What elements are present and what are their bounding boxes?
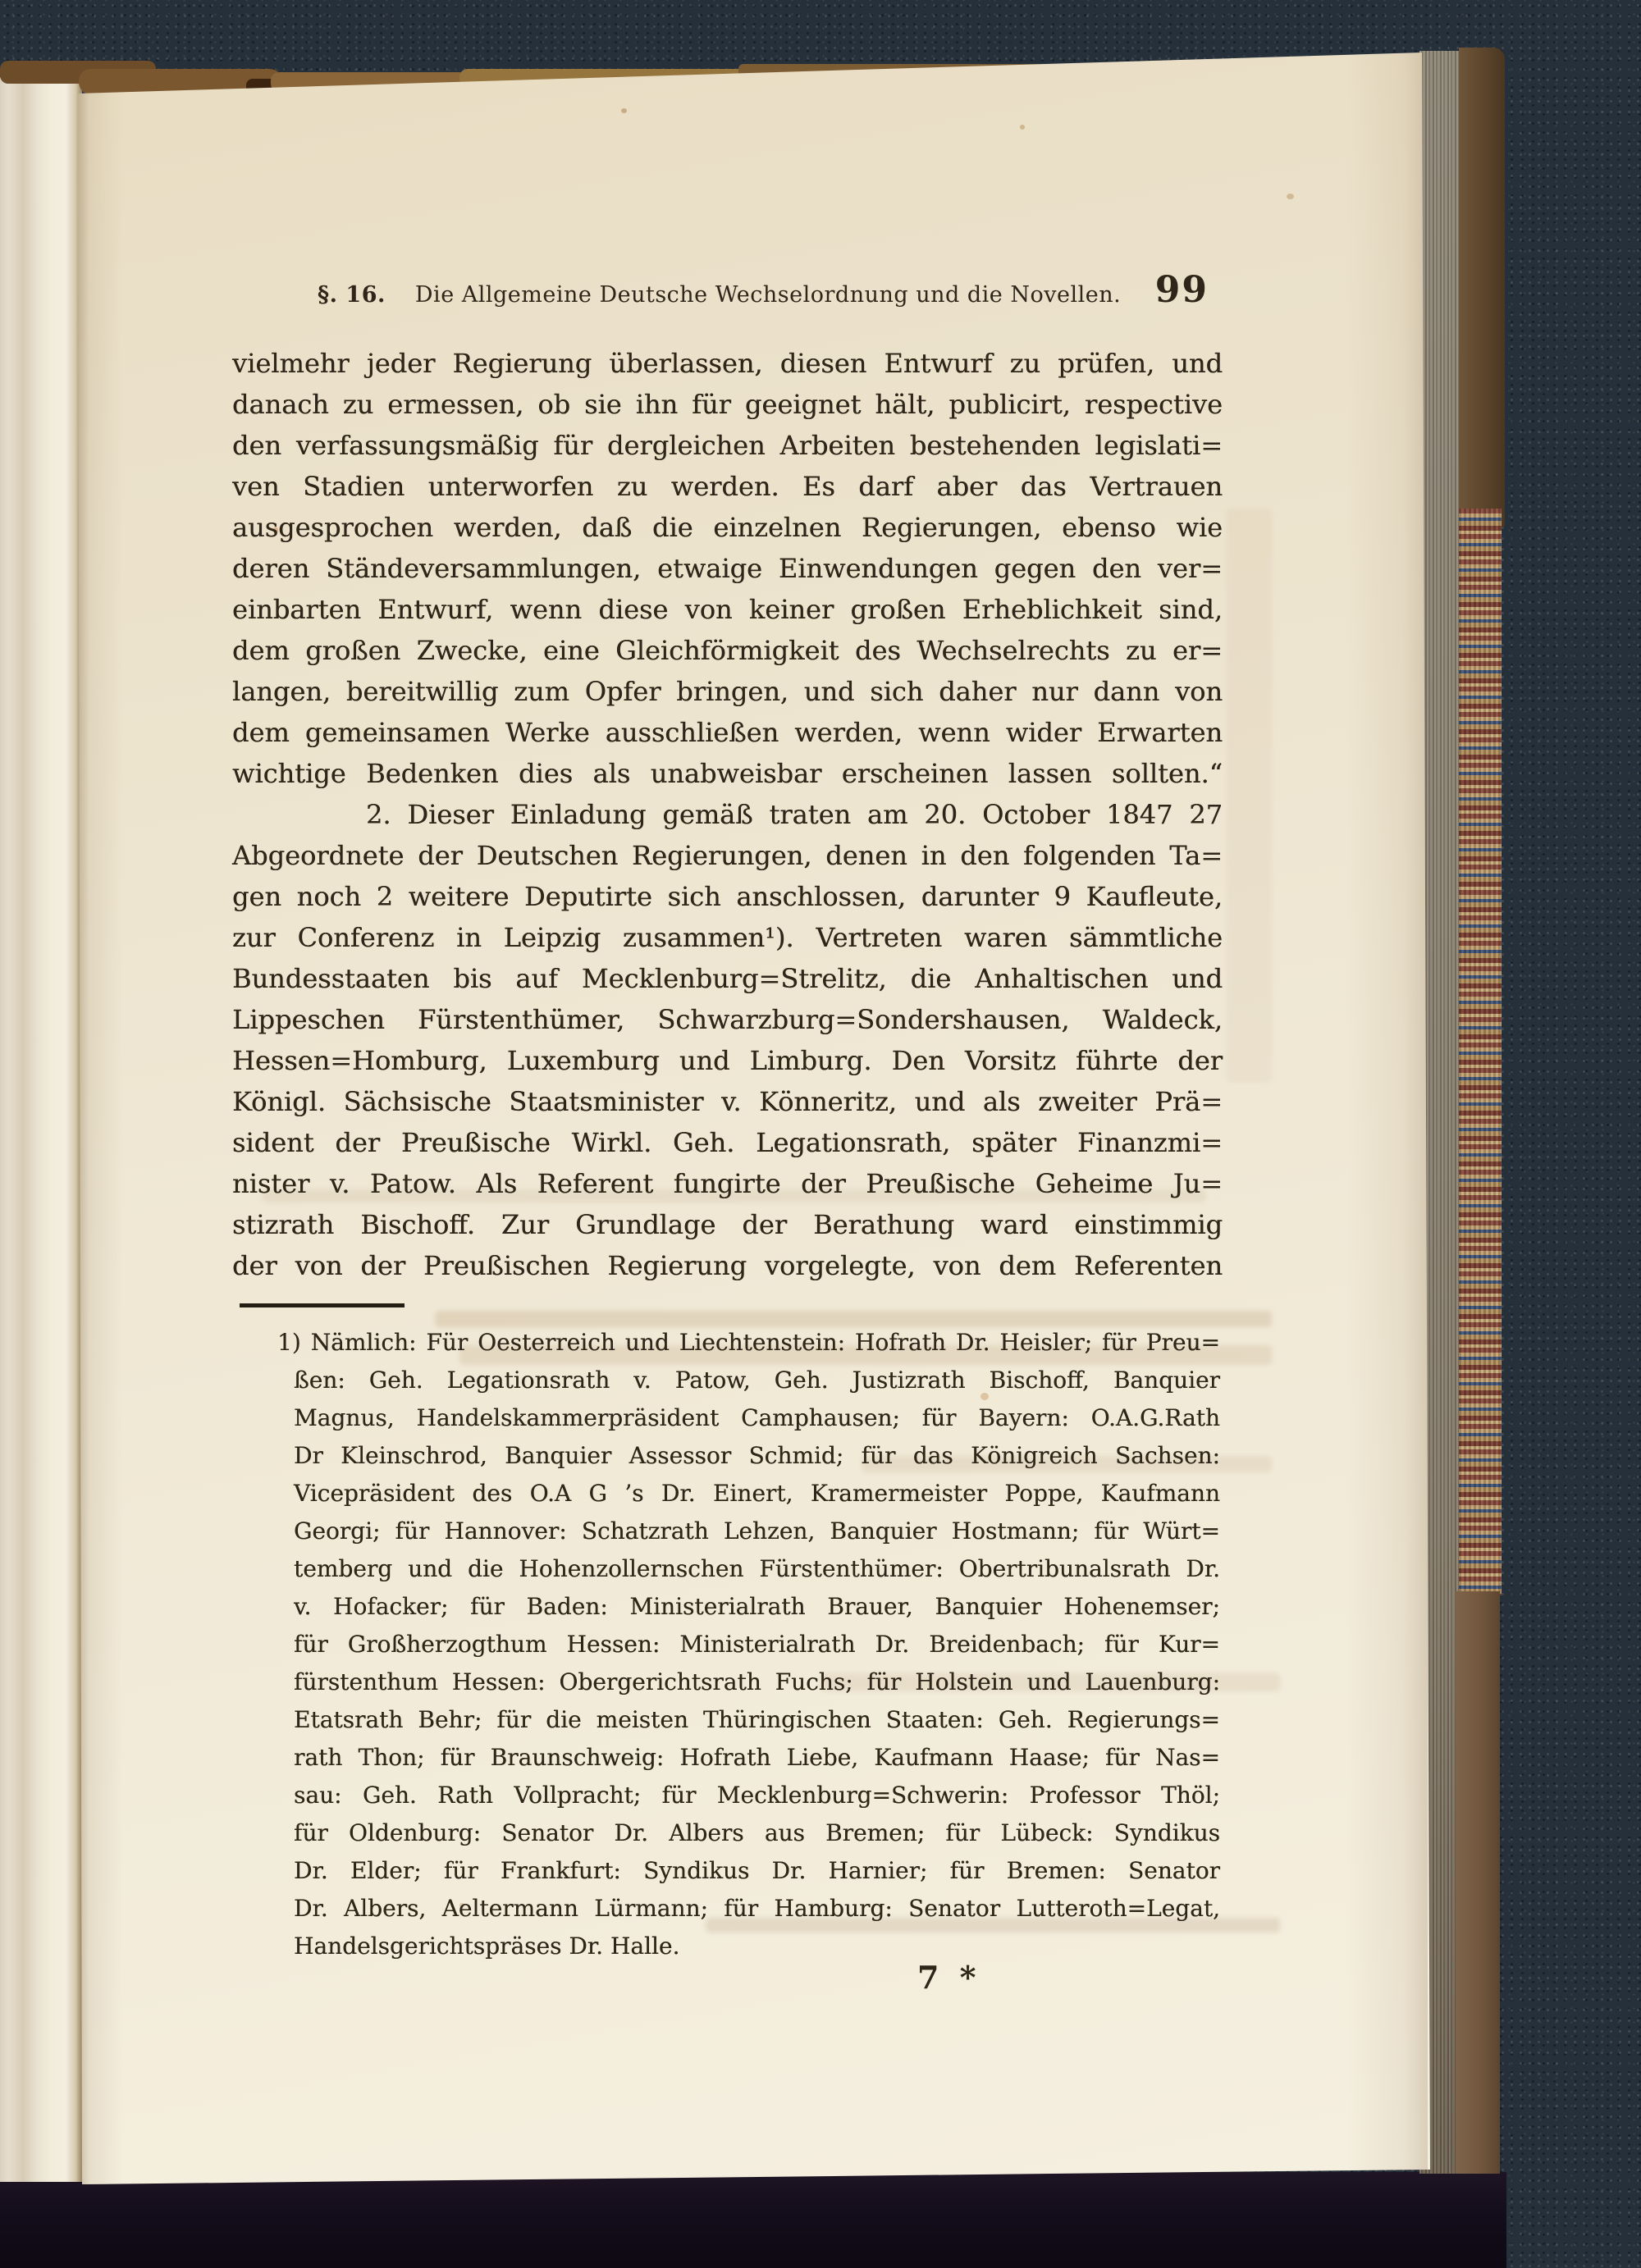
footnote-line: Dr Kleinschrod, Banquier Assessor Schmid… <box>294 1437 1220 1475</box>
text-line: ausgesprochen werden, daß die einzelnen … <box>232 507 1223 548</box>
text-line: ven Stadien unterworfen zu werden. Es da… <box>232 466 1223 507</box>
text-line: einbarten Entwurf, wenn diese von keiner… <box>232 589 1223 630</box>
text-line: 2. Dieser Einladung gemäß traten am 20. … <box>232 794 1223 835</box>
text-line: nister v. Patow. Als Referent fungirte d… <box>232 1163 1223 1204</box>
running-header: §. 16. Die Allgemeine Deutsche Wechselor… <box>232 269 1209 311</box>
footnote-line: temberg und die Hohenzollernschen Fürste… <box>294 1550 1220 1588</box>
text-line: Hessen=Homburg, Luxemburg und Limburg. D… <box>232 1040 1223 1081</box>
text-line: stizrath Bischoff. Zur Grundlage der Ber… <box>232 1204 1223 1245</box>
text-line: gen noch 2 weitere Deputirte sich anschl… <box>232 876 1223 917</box>
footnote: 1) Nämlich: Für Oesterreich und Liechten… <box>294 1324 1220 1965</box>
cover-board-edge-bottom <box>1456 1591 1500 2174</box>
footnote-line: Etatsrath Behr; für die meisten Thüringi… <box>294 1701 1220 1739</box>
bottom-cover-shadow <box>0 2172 1506 2268</box>
footnote-line: für Großherzogthum Hessen: Ministerialra… <box>294 1626 1220 1663</box>
marbled-cover-edge <box>1459 509 1502 1595</box>
book-scan: §. 16. Die Allgemeine Deutsche Wechselor… <box>0 0 1641 2268</box>
text-line: zur Conferenz in Leipzig zusammen¹). Ver… <box>232 917 1223 958</box>
footnote-line: Magnus, Handelskammerpräsident Camphause… <box>294 1399 1220 1437</box>
footnote-line: für Oldenburg: Senator Dr. Albers aus Br… <box>294 1814 1220 1852</box>
text-line: deren Ständeversammlungen, etwaige Einwe… <box>232 548 1223 589</box>
page-number: 99 <box>1155 269 1209 311</box>
footnote-line: 1) Nämlich: Für Oesterreich und Liechten… <box>294 1324 1220 1362</box>
text-line: dem gemeinsamen Werke ausschließen werde… <box>232 712 1223 753</box>
text-line: Abgeordnete der Deutschen Regierungen, d… <box>232 835 1223 876</box>
footnote-line: sau: Geh. Rath Vollpracht; für Mecklenbu… <box>294 1777 1220 1814</box>
scanned-page: §. 16. Die Allgemeine Deutsche Wechselor… <box>0 0 1641 2268</box>
footnote-line: rath Thon; für Braunschweig: Hofrath Lie… <box>294 1739 1220 1777</box>
footnote-line: Georgi; für Hannover: Schatzrath Lehzen,… <box>294 1513 1220 1550</box>
chapter-title: Die Allgemeine Deutsche Wechselordnung u… <box>415 282 1121 308</box>
text-line: wichtige Bedenken dies als unabweisbar e… <box>232 753 1223 794</box>
footnote-line: v. Hofacker; für Baden: Ministerialrath … <box>294 1588 1220 1626</box>
text-line: der von der Preußischen Regierung vorgel… <box>232 1245 1223 1286</box>
footnote-line: fürstenthum Hessen: Obergerichtsrath Fuc… <box>294 1663 1220 1701</box>
text-line: den verfassungsmäßig für dergleichen Arb… <box>232 425 1223 466</box>
footnote-line: Dr. Albers, Aeltermann Lürmann; für Hamb… <box>294 1890 1220 1928</box>
footnote-line: Vicepräsident des O.A G ’s Dr. Einert, K… <box>294 1475 1220 1513</box>
section-number: §. 16. <box>318 282 386 308</box>
text-line: langen, bereitwillig zum Opfer bringen, … <box>232 671 1223 712</box>
text-line: dem großen Zwecke, eine Gleichförmigkeit… <box>232 630 1223 671</box>
text-line: sident der Preußische Wirkl. Geh. Legati… <box>232 1122 1223 1163</box>
text-line: Königl. Sächsische Staatsminister v. Kön… <box>232 1081 1223 1122</box>
foxing-speck <box>1020 125 1025 130</box>
body-text: vielmehr jeder Regierung überlassen, die… <box>232 343 1223 1286</box>
foxing-speck <box>621 108 627 113</box>
text-line: vielmehr jeder Regierung überlassen, die… <box>232 343 1223 384</box>
footnote-line: ßen: Geh. Legationsrath v. Patow, Geh. J… <box>294 1362 1220 1399</box>
text-line: danach zu ermessen, ob sie ihn für geeig… <box>232 384 1223 425</box>
footnote-line: Handelsgerichtspräses Dr. Halle. <box>294 1928 1220 1965</box>
footnote-line: Dr. Elder; für Frankfurt: Syndikus Dr. H… <box>294 1852 1220 1890</box>
foxing-speck <box>1287 194 1294 199</box>
bleed-through-smudge <box>1227 509 1272 1083</box>
text-line: Bundesstaaten bis auf Mecklenburg=Streli… <box>232 958 1223 999</box>
text-line: Lippeschen Fürstenthümer, Schwarzburg=So… <box>232 999 1223 1040</box>
footnote-rule <box>240 1303 405 1307</box>
previous-page-curled-edge <box>0 77 82 2182</box>
cover-board-edge-top <box>1459 48 1505 527</box>
signature-mark: 7 * <box>917 1959 981 1996</box>
